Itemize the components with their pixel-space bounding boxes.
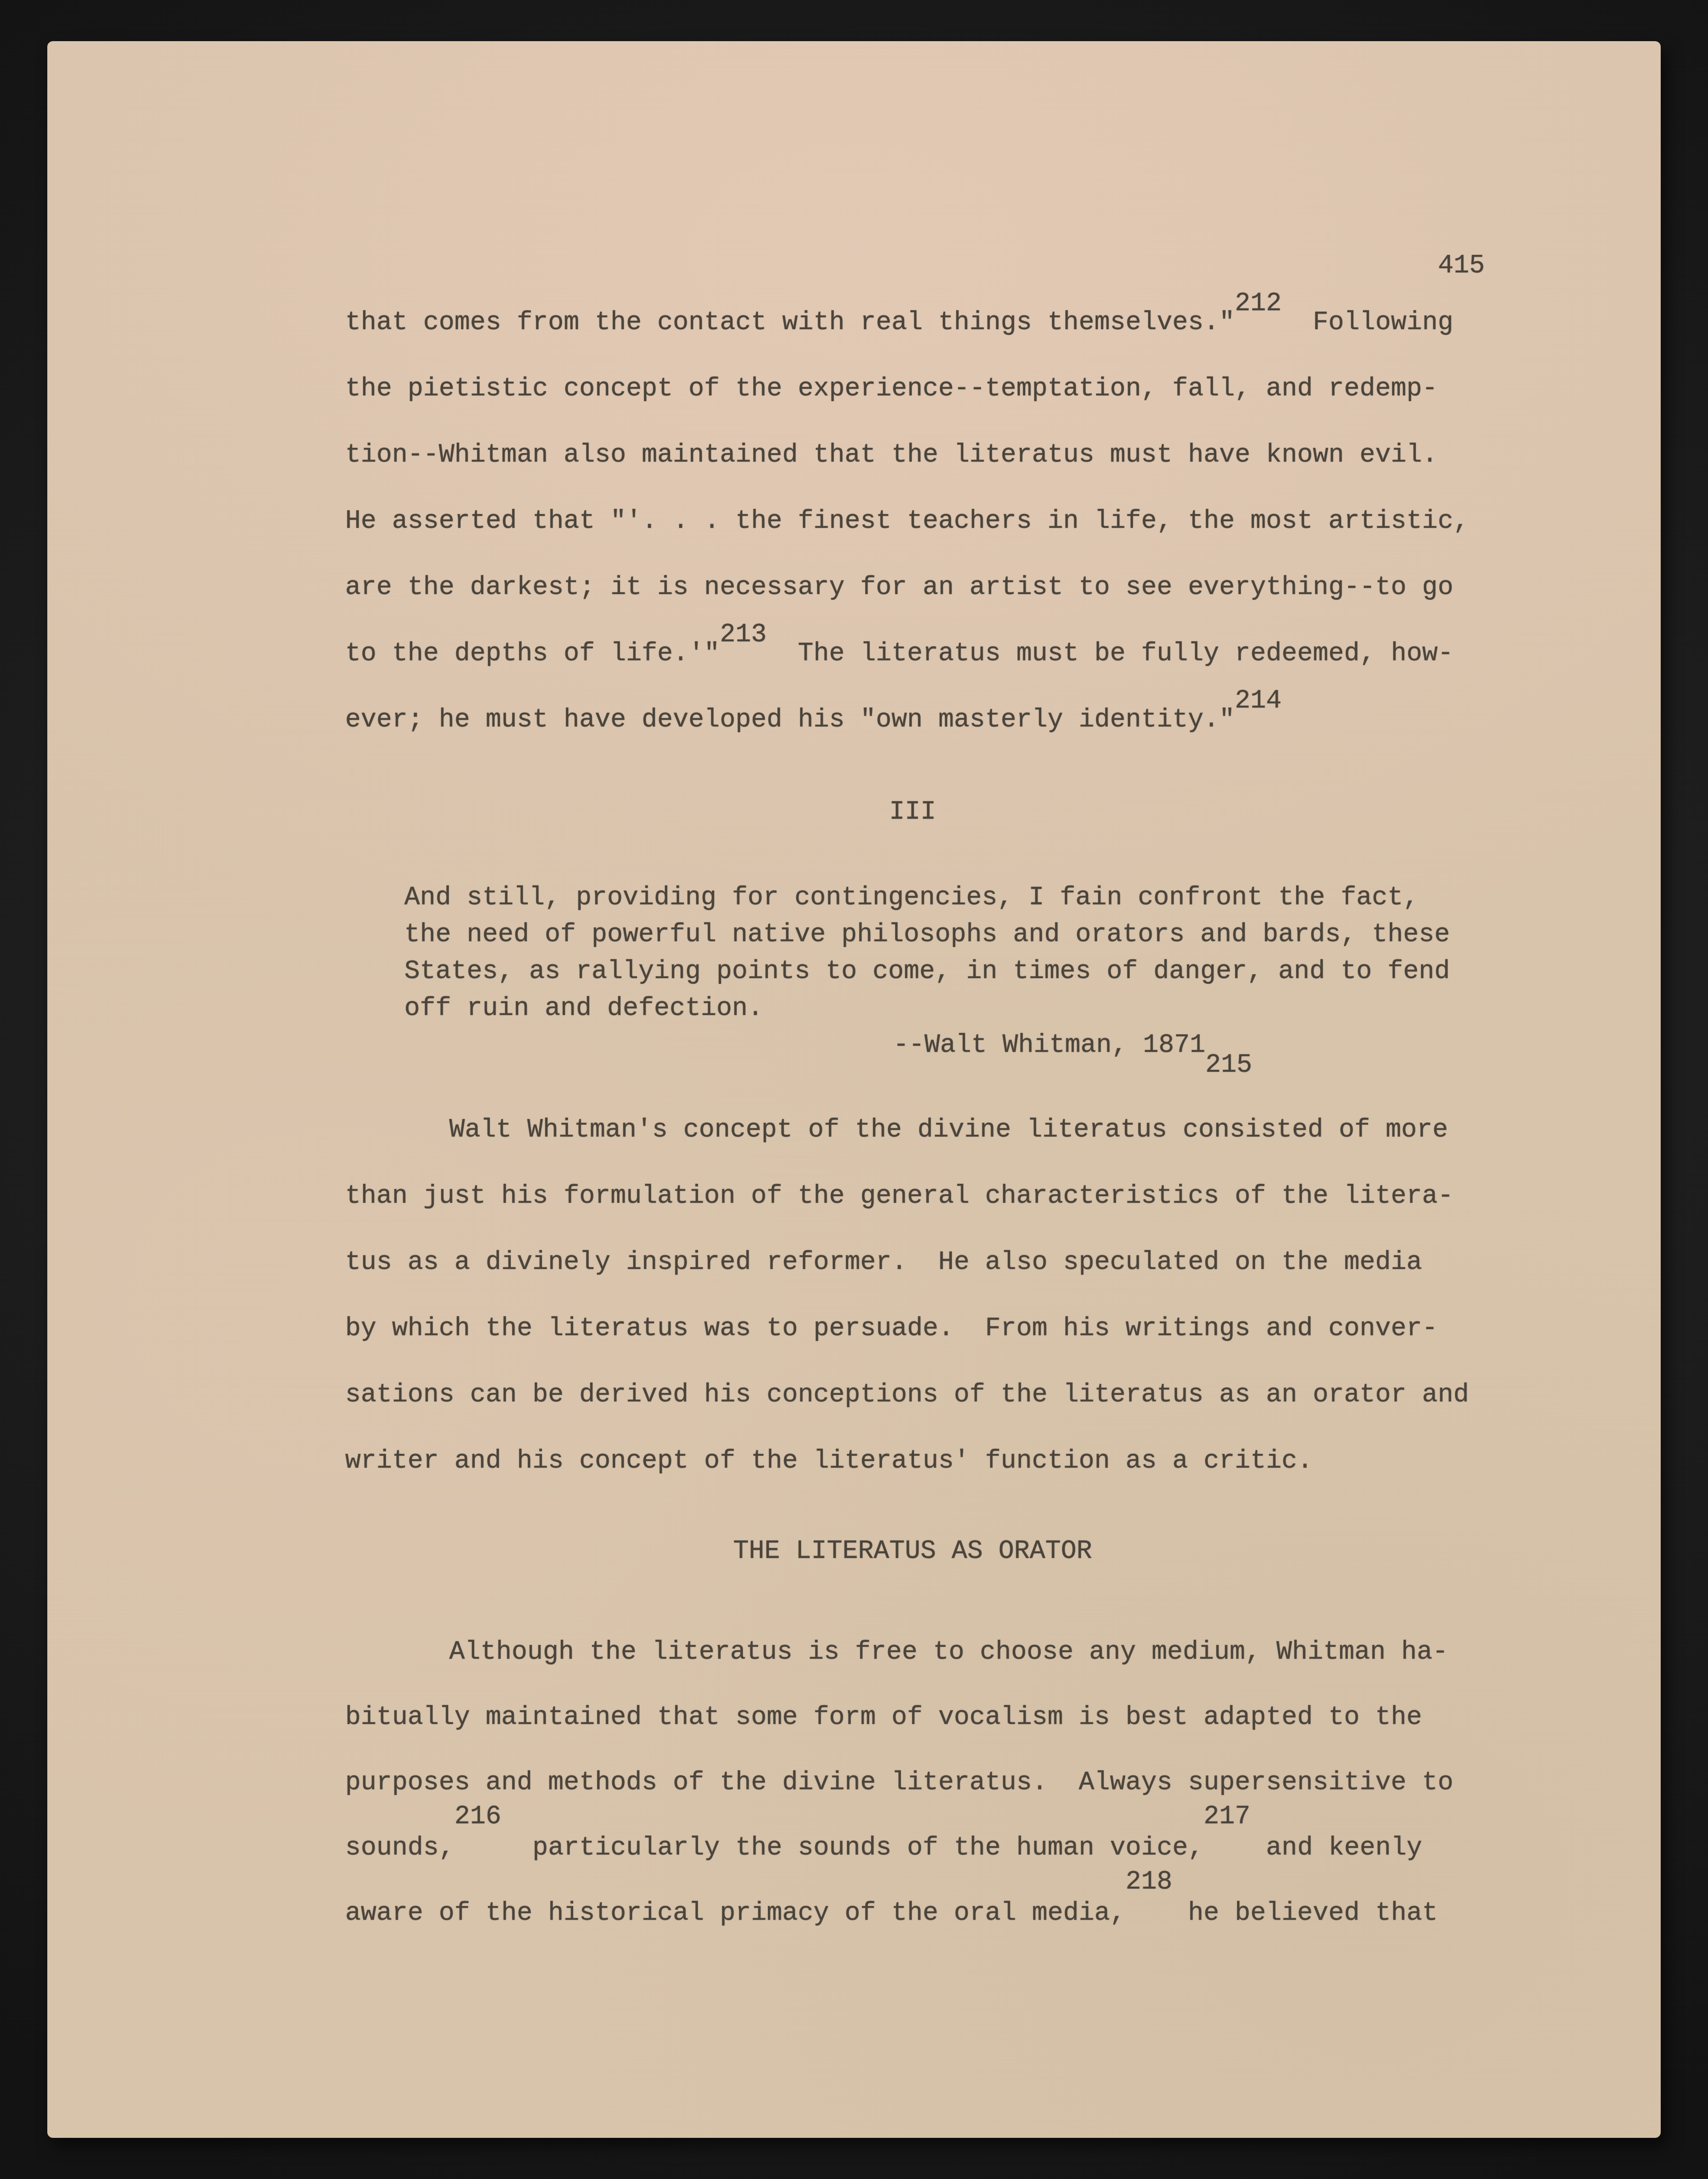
line-text: The literatus must be fully redeemed, ho… — [767, 639, 1453, 668]
line-text: that comes from the contact with real th… — [345, 307, 1235, 337]
typed-line: that comes from the contact with real th… — [345, 289, 1469, 356]
typed-line: And still, providing for contingencies, … — [404, 879, 1450, 916]
typed-line: than just his formulation of the general… — [345, 1163, 1469, 1229]
line-text: Following — [1281, 307, 1453, 337]
footnote-subscript: 215 — [1205, 1050, 1252, 1080]
line-text: to the depths of life.'" — [345, 639, 720, 668]
page-number: 415 — [1438, 233, 1485, 299]
section-heading-text: THE LITERATUS AS ORATOR — [733, 1536, 1092, 1566]
typed-line: by which the literatus was to persuade. … — [345, 1295, 1469, 1362]
typed-line: sounds,216 particularly the sounds of th… — [345, 1815, 1453, 1881]
line-text: are the darkest; it is necessary for an … — [345, 572, 1453, 602]
attribution-line: --Walt Whitman, 1871215 — [404, 1027, 1450, 1064]
line-text: sounds, — [345, 1833, 454, 1863]
typed-line: bitually maintained that some form of vo… — [345, 1685, 1453, 1750]
footnote-reference: 216 — [454, 1802, 501, 1831]
typed-line: aware of the historical primacy of the o… — [345, 1881, 1453, 1946]
line-text: Although the literatus is free to choose… — [449, 1637, 1448, 1667]
typed-line: THE LITERATUS AS ORATOR — [345, 1518, 1480, 1584]
line-text: purposes and methods of the divine liter… — [345, 1768, 1453, 1797]
section-marker: III — [345, 779, 1480, 845]
line-text: particularly the sounds of the human voi… — [501, 1833, 1203, 1863]
typed-line: the pietistic concept of the experience-… — [345, 356, 1469, 422]
typed-line: sations can be derived his conceptions o… — [345, 1362, 1469, 1428]
quote-text: States, as rallying points to come, in t… — [404, 956, 1450, 986]
footnote-reference: 213 — [720, 620, 767, 649]
line-text: writer and his concept of the literatus'… — [345, 1446, 1313, 1476]
quote-text: off ruin and defection. — [404, 993, 763, 1023]
line-text: and keenly — [1250, 1833, 1422, 1863]
typed-line: ever; he must have developed his "own ma… — [345, 687, 1469, 753]
typed-line: Walt Whitman's concept of the divine lit… — [345, 1097, 1469, 1163]
typed-line: the need of powerful native philosophs a… — [404, 916, 1450, 953]
footnote-reference: 217 — [1203, 1802, 1250, 1831]
section-marker-text: III — [889, 797, 936, 827]
line-text: ever; he must have developed his "own ma… — [345, 705, 1235, 735]
quote-text: And still, providing for contingencies, … — [404, 883, 1419, 912]
typed-line: purposes and methods of the divine liter… — [345, 1750, 1453, 1815]
line-text: bitually maintained that some form of vo… — [345, 1702, 1422, 1732]
attribution-text: --Walt Whitman, 1871 — [893, 1030, 1205, 1060]
typed-line: to the depths of life.'"213 The literatu… — [345, 621, 1469, 687]
typed-line: writer and his concept of the literatus'… — [345, 1428, 1469, 1494]
footnote-reference: 212 — [1235, 289, 1281, 318]
line-text: by which the literatus was to persuade. … — [345, 1313, 1438, 1343]
quote-text: the need of powerful native philosophs a… — [404, 919, 1450, 949]
typed-line: He asserted that "'. . . the finest teac… — [345, 488, 1469, 554]
paragraph-1: that comes from the contact with real th… — [345, 289, 1469, 753]
line-text: tus as a divinely inspired reformer. He … — [345, 1247, 1422, 1277]
typed-line: are the darkest; it is necessary for an … — [345, 554, 1469, 621]
line-text: he believed that — [1172, 1898, 1438, 1928]
block-quote: And still, providing for contingencies, … — [404, 879, 1450, 1064]
typed-line: III — [345, 779, 1480, 845]
line-text: sations can be derived his conceptions o… — [345, 1380, 1469, 1409]
footnote-reference: 214 — [1235, 686, 1281, 716]
line-text: tion--Whitman also maintained that the l… — [345, 440, 1438, 470]
document-page: 415 that comes from the contact with rea… — [47, 41, 1661, 2138]
line-text: aware of the historical primacy of the o… — [345, 1898, 1125, 1928]
paragraph-2: Walt Whitman's concept of the divine lit… — [345, 1097, 1469, 1494]
line-text: than just his formulation of the general… — [345, 1181, 1453, 1211]
typed-line: tion--Whitman also maintained that the l… — [345, 422, 1469, 488]
typed-line: Although the literatus is free to choose… — [345, 1619, 1453, 1685]
footnote-reference: 218 — [1125, 1867, 1172, 1897]
section-heading: THE LITERATUS AS ORATOR — [345, 1518, 1480, 1584]
typed-line: off ruin and defection. — [404, 990, 1450, 1027]
paragraph-3: Although the literatus is free to choose… — [345, 1619, 1453, 1946]
line-text: He asserted that "'. . . the finest teac… — [345, 506, 1469, 536]
typed-line: tus as a divinely inspired reformer. He … — [345, 1229, 1469, 1295]
line-text: the pietistic concept of the experience-… — [345, 374, 1438, 403]
line-text: Walt Whitman's concept of the divine lit… — [449, 1115, 1448, 1145]
scanner-background: 415 that comes from the contact with rea… — [0, 0, 1708, 2179]
typed-line: States, as rallying points to come, in t… — [404, 953, 1450, 990]
